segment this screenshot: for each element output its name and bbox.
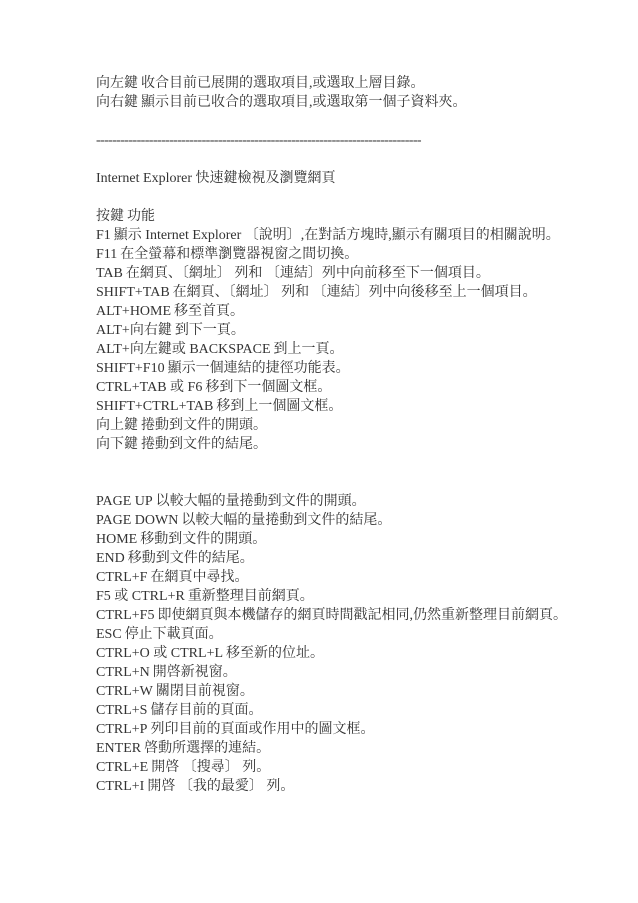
shortcut-key: ALT+向右鍵 [96,323,172,338]
shortcut-description: 在全螢幕和標準瀏覽器視窗之間切換。 [120,247,358,262]
column-header-desc-label: 功能 [127,209,155,224]
shortcut-description: 列印目前的頁面或作用中的圖文框。 [150,722,374,737]
shortcut-key: END [96,551,125,566]
shortcut-line: CTRL+F在網頁中尋找。 [96,568,608,587]
shortcut-key: PAGE UP [96,494,153,509]
shortcut-key: TAB [96,266,123,281]
shortcut-description: 在網頁中尋找。 [150,570,248,585]
shortcut-key: CTRL+N [96,665,150,680]
shortcut-list-group2: PAGE UP以較大幅的量捲動到文件的開頭。PAGE DOWN以較大幅的量捲動到… [96,492,608,796]
shortcut-line: CTRL+I開啓 〔我的最愛〕 列。 [96,777,608,796]
shortcut-line: CTRL+N開啓新視窗。 [96,663,608,682]
shortcut-line: ALT+向左鍵或 BACKSPACE到上一頁。 [96,340,608,359]
shortcut-key: F11 [96,247,117,262]
shortcut-key: PAGE DOWN [96,513,178,528]
shortcut-description: 在網頁、〔網址〕 列和 〔連結〕列中向後移至上一個項目。 [173,285,537,300]
shortcut-description: 以較大幅的量捲動到文件的開頭。 [156,494,366,509]
shortcut-key: CTRL+E [96,760,148,775]
shortcut-description: 到下一頁。 [175,323,245,338]
shortcut-key: F5 或 CTRL+R [96,589,185,604]
document-page: 向左鍵收合目前已展開的選取項目,或選取上層目錄。向右鍵顯示目前已收合的選取項目,… [0,0,638,796]
shortcut-line: CTRL+W關閉目前視窗。 [96,682,608,701]
shortcut-description: 開啓新視窗。 [153,665,237,680]
shortcut-key: HOME [96,532,137,547]
shortcut-description: 移動到文件的結尾。 [128,551,254,566]
shortcut-description: 關閉目前視窗。 [156,684,254,699]
section-title: Internet Explorer 快速鍵檢視及瀏覽網頁 [96,169,608,188]
shortcut-key: CTRL+F [96,570,147,585]
shortcut-line: CTRL+O 或 CTRL+L移至新的位址。 [96,644,608,663]
shortcut-line: PAGE UP以較大幅的量捲動到文件的開頭。 [96,492,608,511]
shortcut-line: TAB在網頁、〔網址〕 列和 〔連結〕列中向前移至下一個項目。 [96,264,608,283]
shortcut-line: 向下鍵捲動到文件的結尾。 [96,435,608,454]
shortcut-line: HOME移動到文件的開頭。 [96,530,608,549]
shortcut-description: 重新整理目前網頁。 [188,589,314,604]
shortcut-description: 儲存目前的頁面。 [150,703,262,718]
shortcut-line: ALT+向右鍵到下一頁。 [96,321,608,340]
shortcut-key: CTRL+TAB 或 F6 [96,380,202,395]
shortcut-description: 顯示 Internet Explorer 〔說明〕,在對話方塊時,顯示有關項目的… [114,228,560,243]
shortcut-line: ESC停止下載頁面。 [96,625,608,644]
shortcut-description: 收合目前已展開的選取項目,或選取上層目錄。 [141,76,425,91]
shortcut-line: SHIFT+CTRL+TAB移到上一個圖文框。 [96,397,608,416]
shortcut-key: ALT+向左鍵或 BACKSPACE [96,342,271,357]
shortcut-key: CTRL+P [96,722,147,737]
shortcut-line: 向左鍵收合目前已展開的選取項目,或選取上層目錄。 [96,74,608,93]
shortcut-description: 移到上一個圖文框。 [216,399,342,414]
shortcut-key: CTRL+I [96,779,144,794]
shortcut-line: SHIFT+TAB在網頁、〔網址〕 列和 〔連結〕列中向後移至上一個項目。 [96,283,608,302]
shortcut-list-group1: F1顯示 Internet Explorer 〔說明〕,在對話方塊時,顯示有關項… [96,226,608,454]
shortcut-description: 移至首頁。 [174,304,244,319]
shortcut-line: 向右鍵顯示目前已收合的選取項目,或選取第一個子資料夾。 [96,93,608,112]
shortcut-line: CTRL+S儲存目前的頁面。 [96,701,608,720]
shortcut-key: ESC [96,627,122,642]
shortcut-line: ALT+HOME移至首頁。 [96,302,608,321]
shortcut-description: 到上一頁。 [274,342,344,357]
shortcut-line: CTRL+P列印目前的頁面或作用中的圖文框。 [96,720,608,739]
shortcut-line: CTRL+E開啓 〔搜尋〕 列。 [96,758,608,777]
shortcut-description: 啓動所選擇的連結。 [144,741,270,756]
shortcut-key: SHIFT+CTRL+TAB [96,399,213,414]
shortcut-description: 移到下一個圖文框。 [205,380,331,395]
shortcut-description: 在網頁、〔網址〕 列和 〔連結〕列中向前移至下一個項目。 [126,266,490,281]
shortcut-line: CTRL+F5即使網頁與本機儲存的網頁時間戳記相同,仍然重新整理目前網頁。 [96,606,608,625]
shortcut-line: CTRL+TAB 或 F6移到下一個圖文框。 [96,378,608,397]
column-header-key-label: 按鍵 [96,209,124,224]
shortcut-line: ENTER啓動所選擇的連結。 [96,739,608,758]
shortcut-key: ENTER [96,741,141,756]
shortcut-description: 顯示目前已收合的選取項目,或選取第一個子資料夾。 [141,95,467,110]
shortcut-key: CTRL+O 或 CTRL+L [96,646,223,661]
shortcut-key: 向左鍵 [96,76,138,91]
shortcut-description: 開啓 〔我的最愛〕 列。 [147,779,294,794]
shortcut-line: END移動到文件的結尾。 [96,549,608,568]
separator-line: ----------------------------------------… [96,131,608,150]
shortcut-key: 向右鍵 [96,95,138,110]
shortcut-key: SHIFT+TAB [96,285,170,300]
shortcut-description: 即使網頁與本機儲存的網頁時間戳記相同,仍然重新整理目前網頁。 [157,608,567,623]
shortcut-key: CTRL+F5 [96,608,154,623]
shortcut-line: F11在全螢幕和標準瀏覽器視窗之間切換。 [96,245,608,264]
column-header: 按鍵功能 [96,207,608,226]
shortcut-key: SHIFT+F10 [96,361,165,376]
shortcut-line: F1顯示 Internet Explorer 〔說明〕,在對話方塊時,顯示有關項… [96,226,608,245]
shortcut-key: CTRL+S [96,703,147,718]
shortcut-line: PAGE DOWN以較大幅的量捲動到文件的結尾。 [96,511,608,530]
shortcut-key: 向下鍵 [96,437,138,452]
shortcut-key: F1 [96,228,111,243]
shortcut-description: 移至新的位址。 [226,646,324,661]
shortcut-line: SHIFT+F10顯示一個連結的捷徑功能表。 [96,359,608,378]
shortcut-description: 以較大幅的量捲動到文件的結尾。 [181,513,391,528]
intro-shortcut-list: 向左鍵收合目前已展開的選取項目,或選取上層目錄。向右鍵顯示目前已收合的選取項目,… [96,74,608,112]
shortcut-description: 移動到文件的開頭。 [140,532,266,547]
shortcut-key: ALT+HOME [96,304,171,319]
shortcut-key: CTRL+W [96,684,153,699]
shortcut-description: 顯示一個連結的捷徑功能表。 [168,361,350,376]
shortcut-line: F5 或 CTRL+R重新整理目前網頁。 [96,587,608,606]
shortcut-description: 捲動到文件的結尾。 [141,437,267,452]
shortcut-description: 開啓 〔搜尋〕 列。 [151,760,270,775]
shortcut-description: 捲動到文件的開頭。 [141,418,267,433]
shortcut-line: 向上鍵捲動到文件的開頭。 [96,416,608,435]
shortcut-description: 停止下載頁面。 [125,627,223,642]
shortcut-key: 向上鍵 [96,418,138,433]
